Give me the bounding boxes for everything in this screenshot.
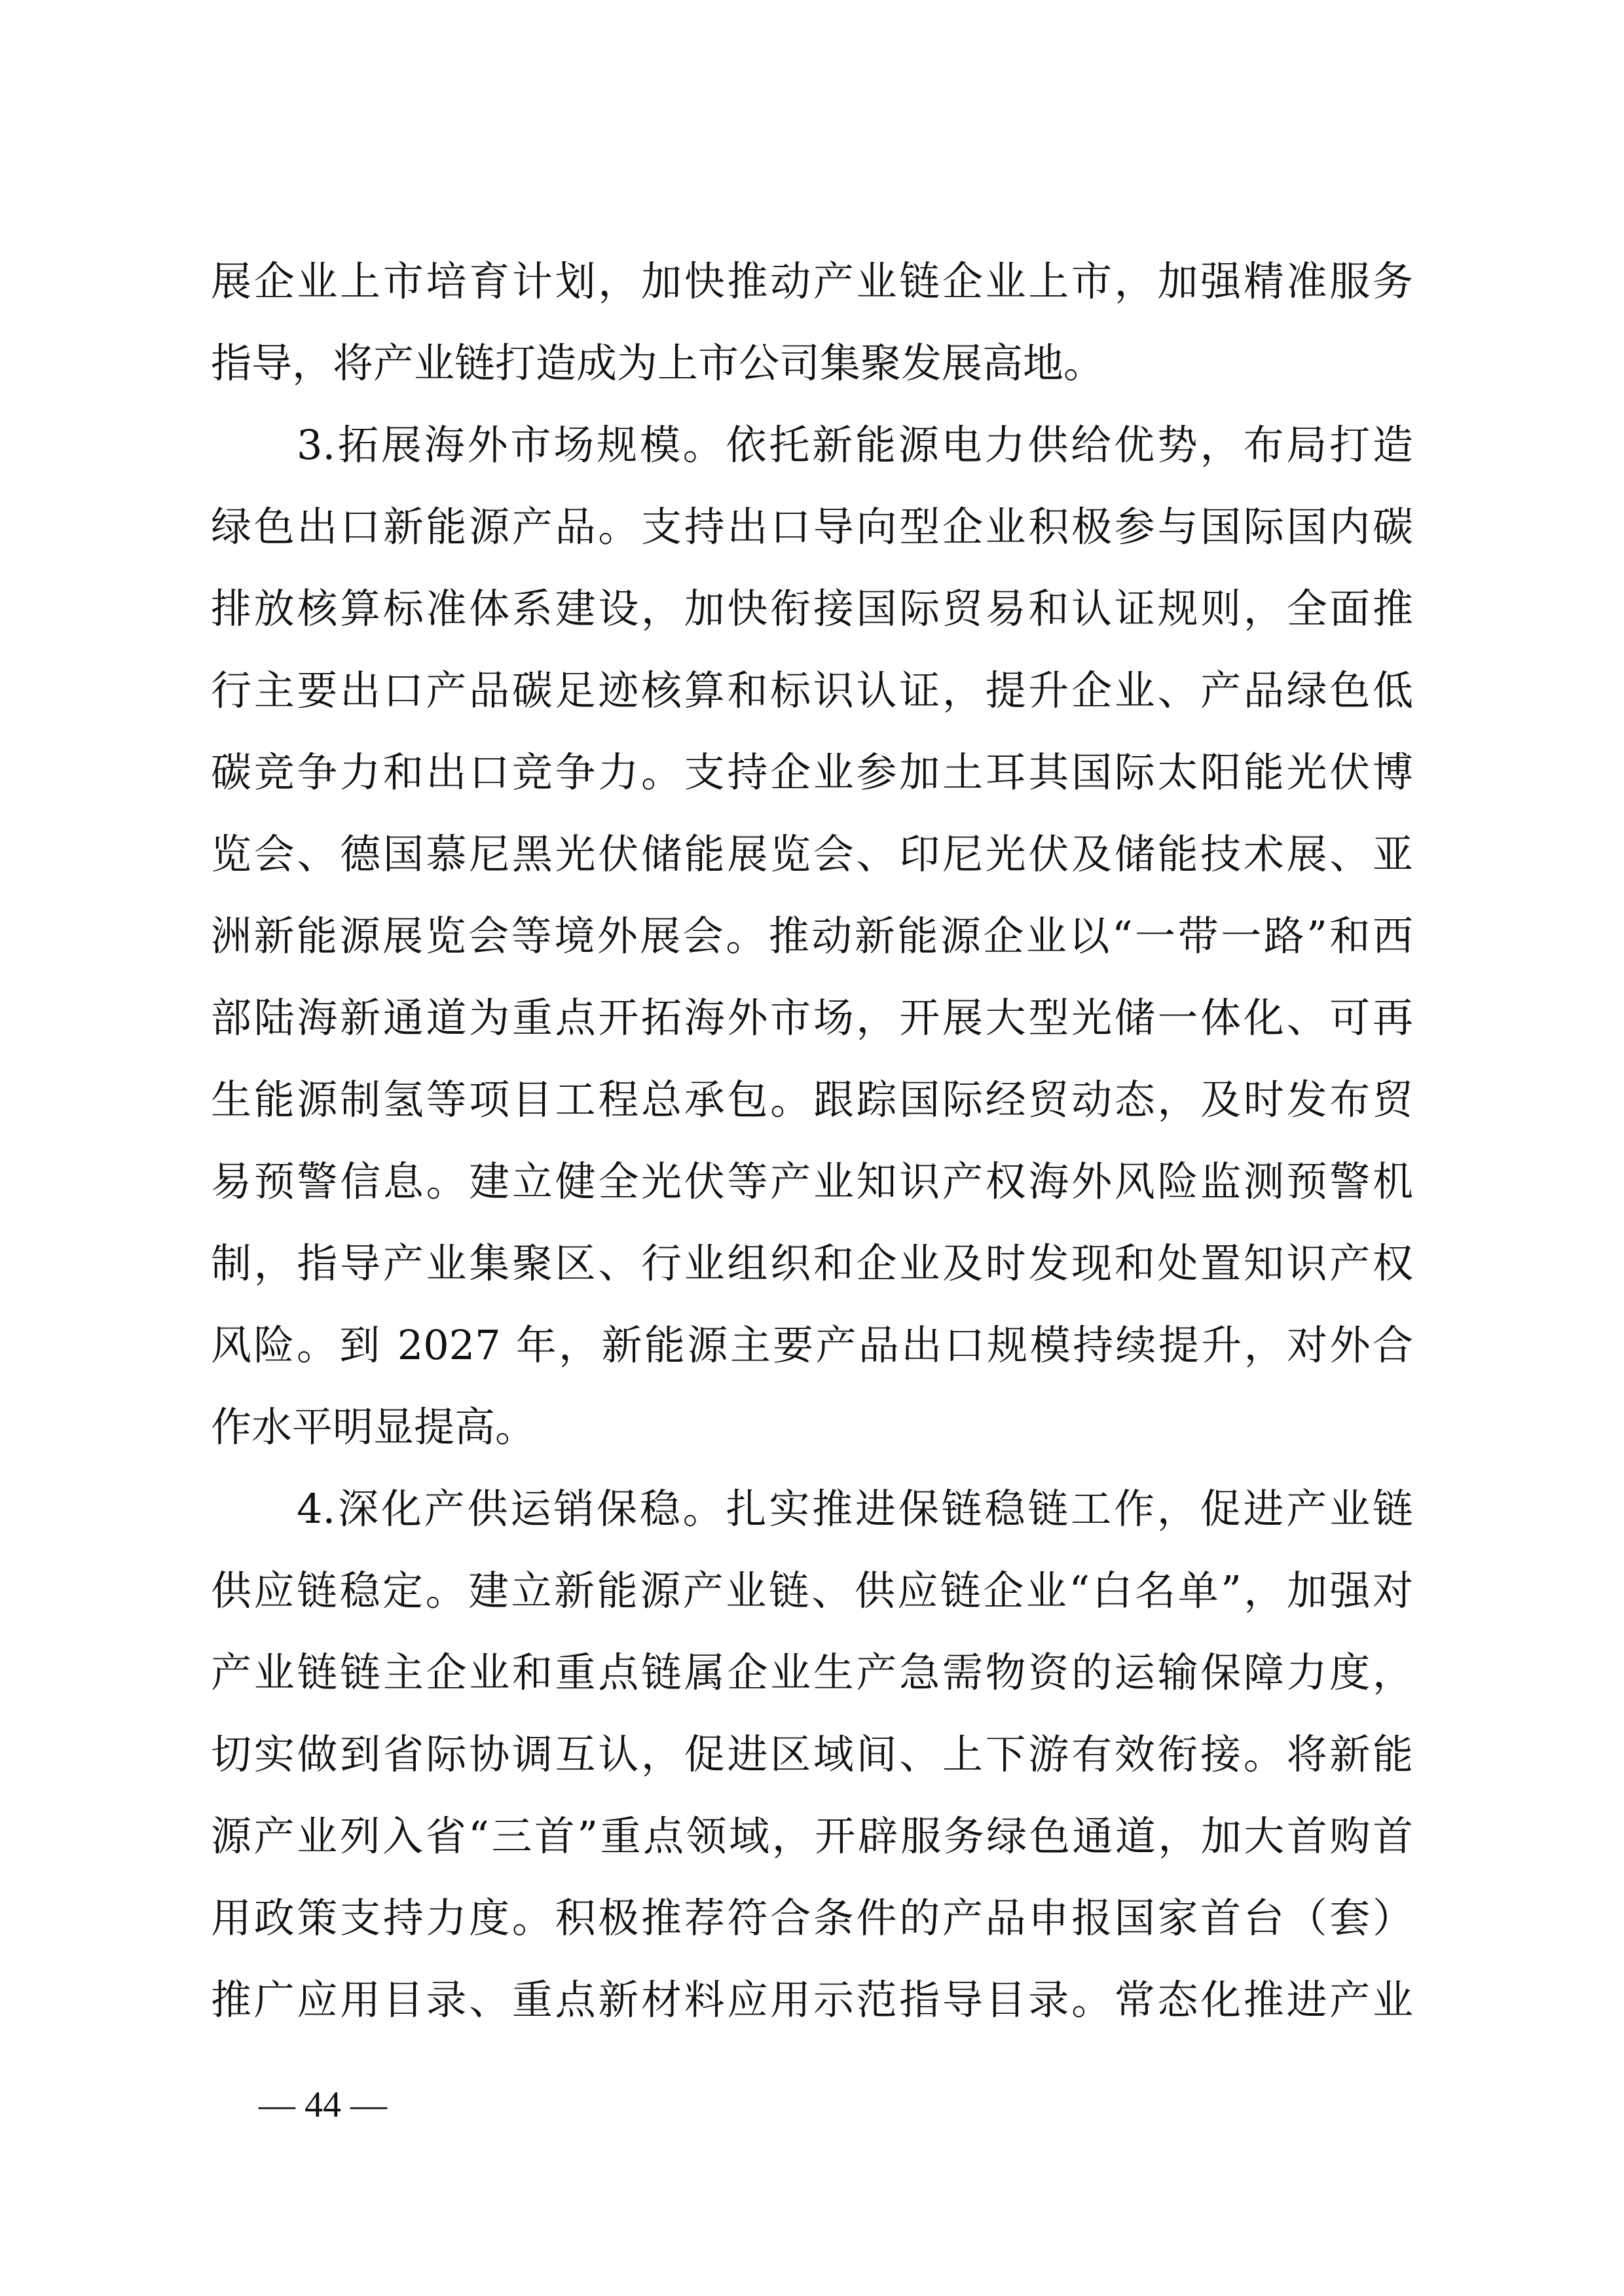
text-line: 排放核算标准体系建设，加快衔接国际贸易和认证规则，全面推 bbox=[211, 568, 1413, 649]
text-line: 览会、德国慕尼黑光伏储能展览会、印尼光伏及储能技术展、亚 bbox=[211, 813, 1413, 895]
text-line: 生能源制氢等项目工程总承包。跟踪国际经贸动态，及时发布贸 bbox=[211, 1059, 1413, 1140]
text-line: 源产业列入省“三首”重点领域，开辟服务绿色通道，加大首购首 bbox=[211, 1795, 1413, 1877]
text-line: 洲新能源展览会等境外展会。推动新能源企业以“一带一路”和西 bbox=[211, 895, 1413, 977]
text-line: 推广应用目录、重点新材料应用示范指导目录。常态化推进产业 bbox=[211, 1959, 1413, 2041]
text-line: 风险。到 2027 年，新能源主要产品出口规模持续提升，对外合 bbox=[211, 1304, 1413, 1386]
text-line: 行主要出口产品碳足迹核算和标识认证，提升企业、产品绿色低 bbox=[211, 649, 1413, 731]
text-line: 供应链稳定。建立新能源产业链、供应链企业“白名单”，加强对 bbox=[211, 1550, 1413, 1631]
text-line: 绿色出口新能源产品。支持出口导向型企业积极参与国际国内碳 bbox=[211, 486, 1413, 568]
text-line: 产业链链主企业和重点链属企业生产急需物资的运输保障力度， bbox=[211, 1631, 1413, 1713]
text-line: 碳竞争力和出口竞争力。支持企业参加土耳其国际太阳能光伏博 bbox=[211, 731, 1413, 813]
text-line: 作水平明显提高。 bbox=[211, 1386, 1413, 1468]
document-page: 展企业上市培育计划，加快推动产业链企业上市，加强精准服务 指导，将产业链打造成为… bbox=[0, 0, 1624, 2296]
text-line: 易预警信息。建立健全光伏等产业知识产权海外风险监测预警机 bbox=[211, 1140, 1413, 1222]
text-line: 展企业上市培育计划，加快推动产业链企业上市，加强精准服务 bbox=[211, 240, 1413, 322]
text-line: 指导，将产业链打造成为上市公司集聚发展高地。 bbox=[211, 322, 1413, 404]
section-heading-line: 4.深化产供运销保稳。扎实推进保链稳链工作，促进产业链 bbox=[211, 1468, 1413, 1550]
section-heading-line: 3.拓展海外市场规模。依托新能源电力供给优势，布局打造 bbox=[211, 404, 1413, 486]
page-number: — 44 — bbox=[259, 2082, 387, 2128]
text-line: 用政策支持力度。积极推荐符合条件的产品申报国家首台（套） bbox=[211, 1877, 1413, 1959]
text-line: 制，指导产业集聚区、行业组织和企业及时发现和处置知识产权 bbox=[211, 1222, 1413, 1304]
text-line: 切实做到省际协调互认，促进区域间、上下游有效衔接。将新能 bbox=[211, 1713, 1413, 1795]
body-text: 展企业上市培育计划，加快推动产业链企业上市，加强精准服务 指导，将产业链打造成为… bbox=[211, 240, 1413, 2041]
text-line: 部陆海新通道为重点开拓海外市场，开展大型光储一体化、可再 bbox=[211, 977, 1413, 1059]
